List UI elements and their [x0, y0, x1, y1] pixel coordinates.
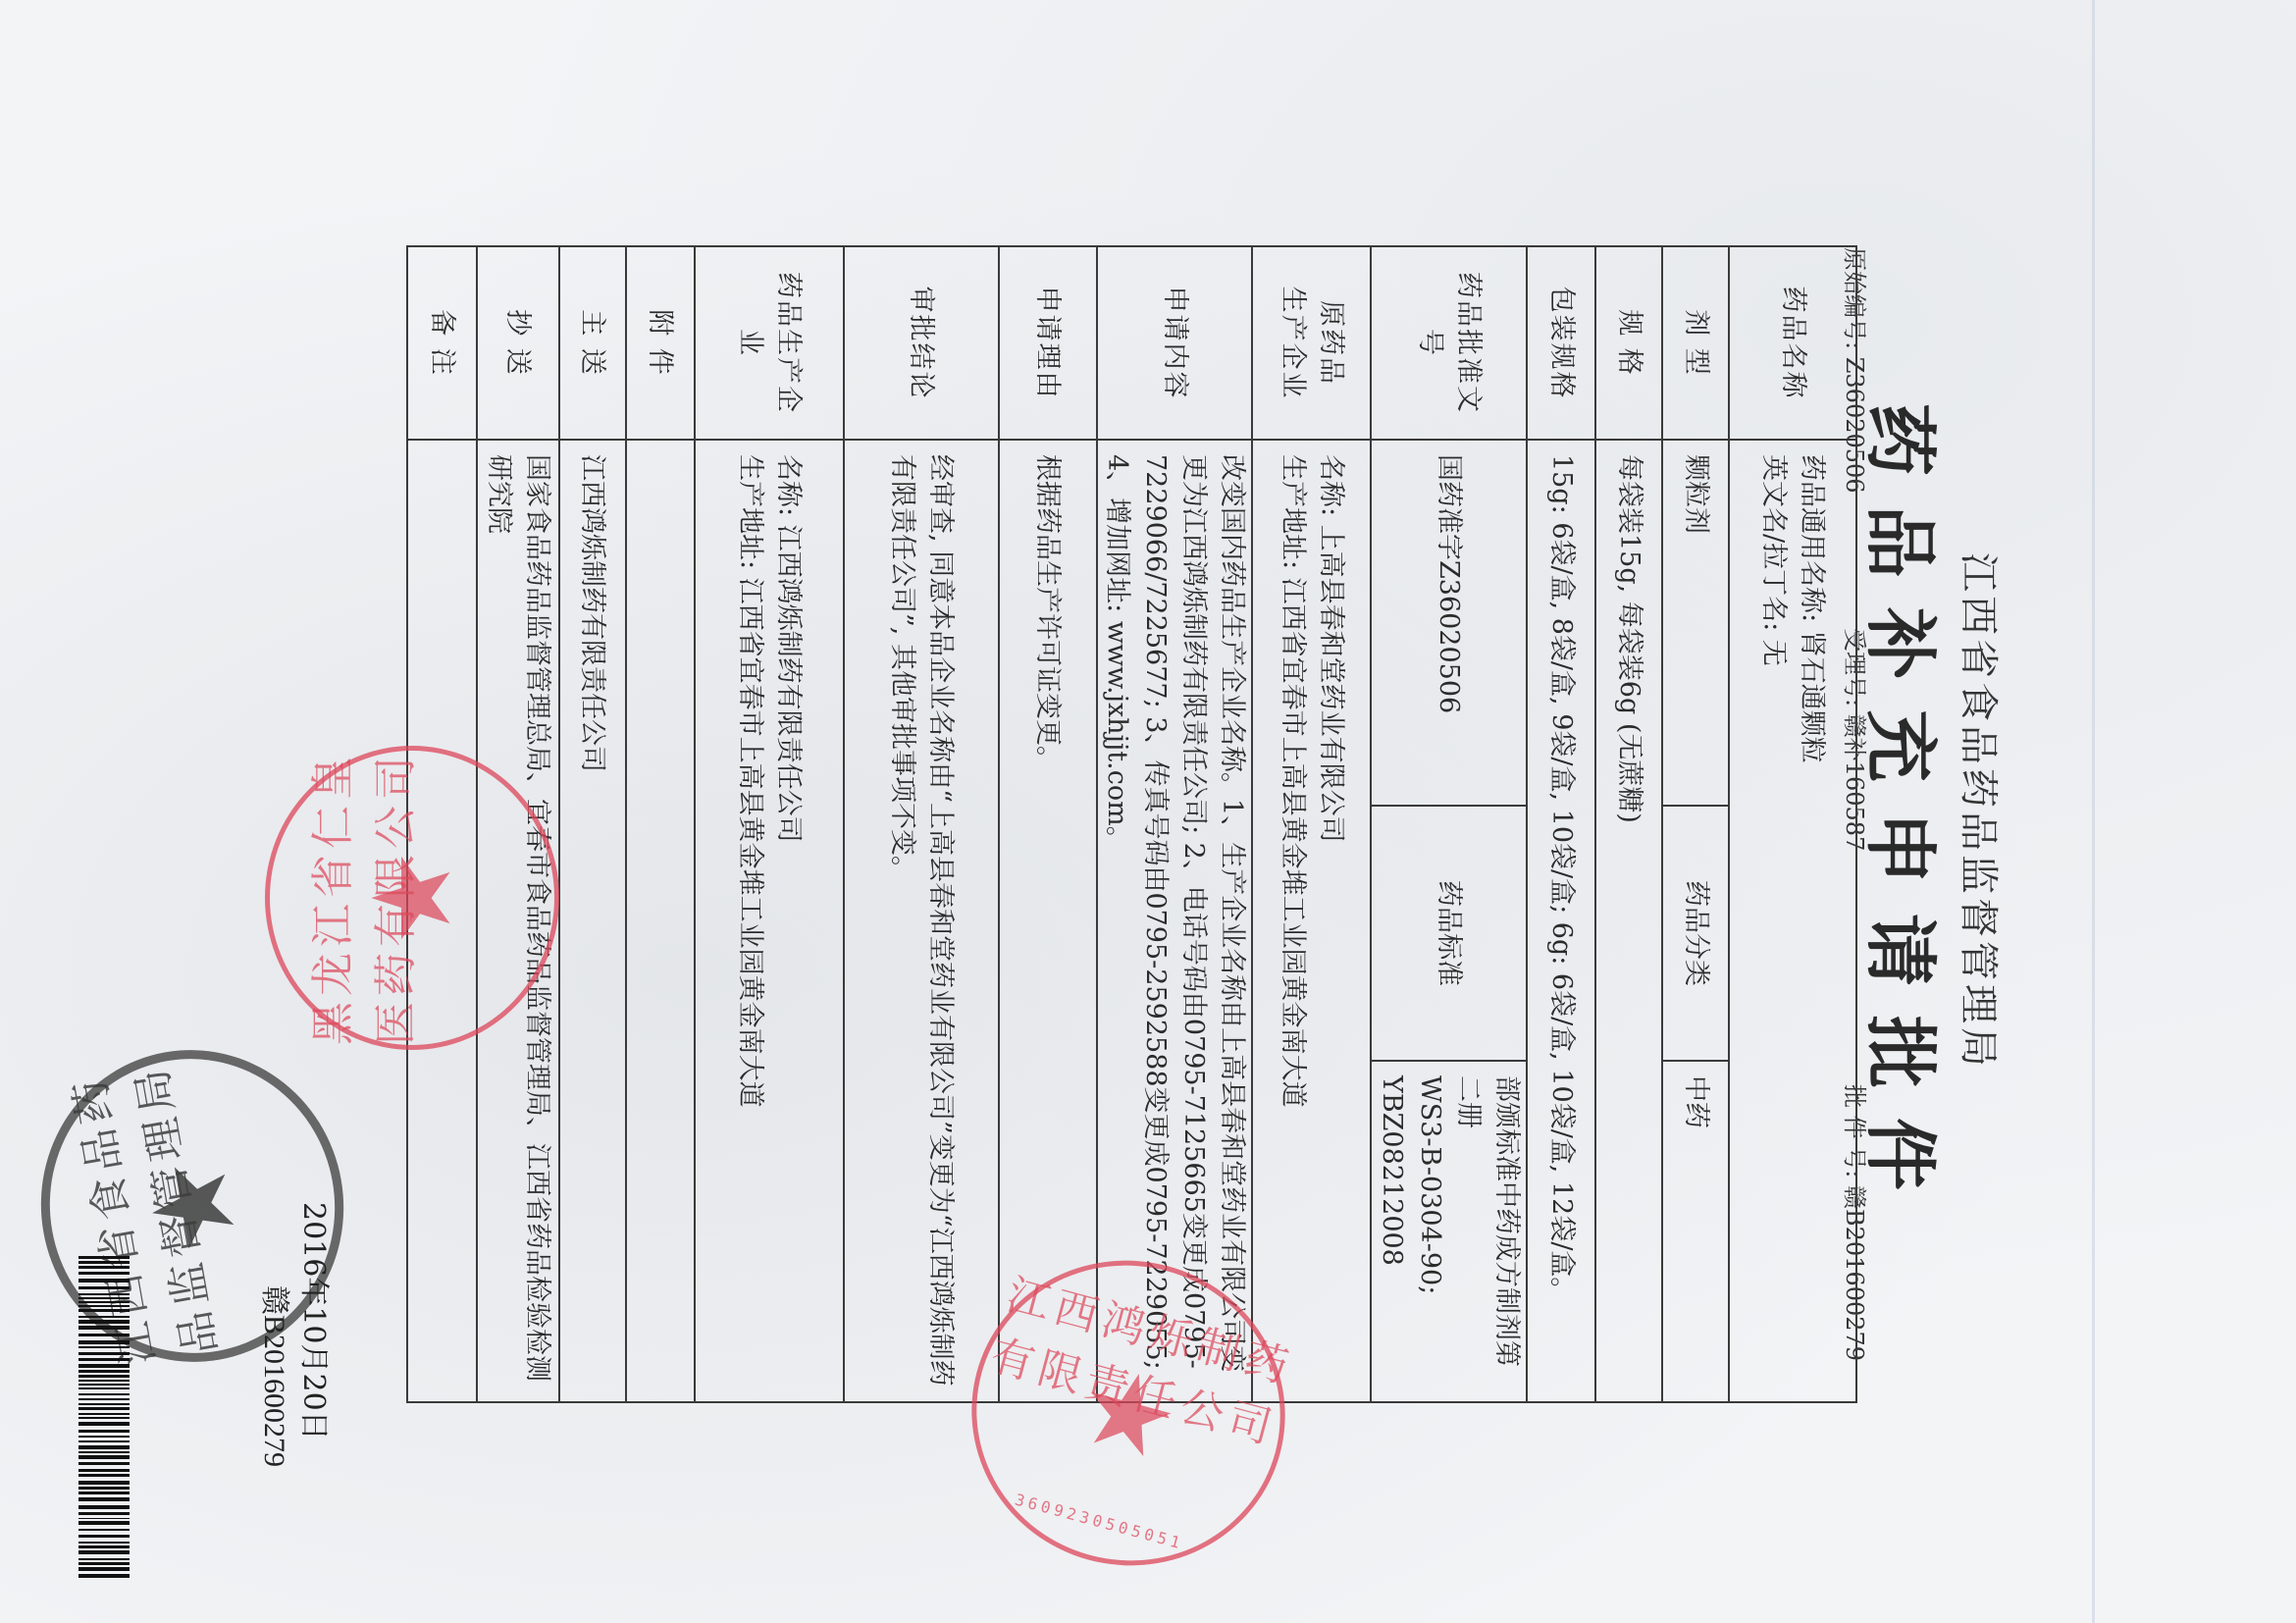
label-cc: 抄 送: [477, 246, 559, 440]
barcode-bar: [78, 1545, 130, 1549]
value-application-content: 改变国内药品生产企业名称。1、生产企业名称由上高县春和堂药业有限公司变更为江西鸿…: [1097, 440, 1253, 1402]
standard-line-2: WS3-B-0304-90; YBZ08212008: [1372, 1075, 1448, 1387]
barcode-bar: [78, 1440, 130, 1442]
barcode-bar: [78, 1398, 130, 1400]
issue-date: 2016年10月20日: [295, 1202, 339, 1440]
barcode-bar: [78, 1436, 130, 1438]
barcode-bar: [78, 1562, 130, 1566]
barcode-bar: [78, 1567, 130, 1571]
barcode-bar: [78, 1320, 130, 1324]
value-main-recipient: 江西鸿烁制药有限责任公司: [559, 440, 626, 1402]
row-manufacturer: 药品生产企业 名称: 江西鸿烁制药有限责任公司 生产地址: 江西省宜春市上高县黄…: [695, 246, 844, 1402]
label-remarks: 备 注: [407, 246, 477, 440]
row-drug-name: 药品名称 药品通用名称: 肾石通颗粒 英文名/拉丁名: 无: [1729, 246, 1856, 1402]
barcode-bar: [78, 1487, 130, 1490]
label-drug-category: 药品分类: [1662, 806, 1729, 1061]
barcode-bar: [78, 1272, 130, 1275]
barcode-bar: [78, 1309, 130, 1312]
barcode-bar: [78, 1266, 130, 1270]
barcode-bar: [78, 1505, 130, 1509]
value-drug-name: 药品通用名称: 肾石通颗粒 英文名/拉丁名: 无: [1729, 440, 1856, 1402]
label-specification: 规 格: [1595, 246, 1662, 440]
barcode-bar: [78, 1535, 130, 1538]
barcode-bar: [78, 1512, 130, 1515]
value-attachment: [626, 440, 695, 1402]
agency-name: 江西省食品药品监督管理局: [1954, 0, 2009, 1623]
barcode-bar: [78, 1393, 130, 1395]
row-original-manufacturer: 原药品 生产企业 名称: 上高县春和堂药业有限公司 生产地址: 江西省宜春市上高…: [1252, 246, 1371, 1402]
row-approval-doc: 药品批准文号 国药准字Z36020506 药品标准 部颁标准中药成方制剂第二册 …: [1371, 246, 1527, 1402]
original-manufacturer-address: 生产地址: 江西省宜春市上高县黄金堆工业园黄金南大道: [1274, 454, 1312, 1387]
barcode-bar: [78, 1451, 130, 1454]
original-manufacturer-name: 名称: 上高县春和堂药业有限公司: [1312, 454, 1350, 1387]
label-original-manufacturer: 原药品 生产企业: [1252, 246, 1371, 440]
approval-document: 江西省食品药品监督管理局 药品补充申请批件 原始编号: Z36020506 受理…: [0, 0, 2296, 1623]
barcode-bar: [78, 1346, 130, 1348]
barcode-bar: [78, 1286, 130, 1290]
barcode-bar: [78, 1301, 130, 1303]
barcode-bar: [78, 1334, 130, 1337]
barcode-bar: [78, 1316, 130, 1319]
generic-name: 药品通用名称: 肾石通颗粒: [1793, 454, 1831, 1387]
label-drug-name: 药品名称: [1729, 246, 1856, 440]
label-drug-standard: 药品标准: [1371, 806, 1527, 1061]
barcode-bar: [78, 1326, 130, 1330]
barcode-bar: [78, 1521, 130, 1525]
barcode-bar: [78, 1469, 130, 1472]
barcode-bar: [78, 1293, 130, 1295]
barcode-bar: [78, 1384, 130, 1386]
approval-form-table: 药品名称 药品通用名称: 肾石通颗粒 英文名/拉丁名: 无 剂 型 颗粒剂 药品…: [406, 245, 1857, 1403]
value-drug-standard: 部颁标准中药成方制剂第二册 WS3-B-0304-90; YBZ08212008: [1371, 1061, 1527, 1402]
label-line-1: 原药品: [1312, 261, 1350, 425]
barcode-bar: [78, 1542, 130, 1544]
barcode-bar: [78, 1492, 130, 1495]
value-conclusion: 经审查, 同意本品企业名称由“上高县春和堂药业有限公司”变更为“江西鸿烁制药有限…: [844, 440, 999, 1402]
label-main-recipient: 主 送: [559, 246, 626, 440]
barcode-number: 赣B201600279: [256, 1285, 299, 1467]
label-manufacturer: 药品生产企业: [695, 246, 844, 440]
manufacturer-name: 名称: 江西鸿烁制药有限责任公司: [769, 454, 808, 1387]
barcode-bar: [78, 1413, 130, 1415]
barcode-bar: [78, 1387, 130, 1389]
barcode-bar: [78, 1370, 130, 1373]
barcode-bar: [78, 1305, 130, 1307]
row-dosage-form: 剂 型 颗粒剂 药品分类 中药: [1662, 246, 1729, 1402]
barcode-bar: [78, 1380, 130, 1382]
barcode-bar: [78, 1474, 130, 1478]
row-attachment: 附 件: [626, 246, 695, 1402]
barcode-bar: [78, 1455, 130, 1459]
value-packaging: 15g: 6袋/盒, 8袋/盒, 9袋/盒, 10袋/盒; 6g: 6袋/盒, …: [1527, 440, 1595, 1402]
company-seal-red-top: 黑龙江省仁皇医药有限公司 ★: [265, 746, 559, 1050]
barcode: [78, 1256, 130, 1580]
barcode-bar: [78, 1403, 130, 1405]
value-drug-category: 中药: [1662, 1061, 1729, 1402]
barcode-bar: [78, 1417, 130, 1419]
row-conclusion: 审批结论 经审查, 同意本品企业名称由“上高县春和堂药业有限公司”变更为“江西鸿…: [844, 246, 999, 1402]
label-application-reason: 申请理由: [999, 246, 1097, 440]
barcode-bar: [78, 1529, 130, 1531]
barcode-bar: [78, 1462, 130, 1465]
row-packaging: 包装规格 15g: 6袋/盒, 8袋/盒, 9袋/盒, 10袋/盒; 6g: 6…: [1527, 246, 1595, 1402]
barcode-bar: [78, 1558, 130, 1560]
barcode-bar: [78, 1430, 130, 1434]
english-name: 英文名/拉丁名: 无: [1754, 454, 1793, 1387]
barcode-bar: [78, 1481, 130, 1485]
barcode-bar: [78, 1279, 130, 1283]
barcode-bar: [78, 1574, 130, 1578]
barcode-bar: [78, 1340, 130, 1344]
barcode-bar: [78, 1497, 130, 1501]
seal-code: 3609230505051: [950, 1473, 1248, 1570]
label-approval-doc: 药品批准文号: [1371, 246, 1527, 440]
row-specification: 规 格 每袋装15g, 每袋装6g (无蔗糖): [1595, 246, 1662, 1402]
barcode-bar: [78, 1358, 130, 1362]
label-attachment: 附 件: [626, 246, 695, 440]
barcode-bar: [78, 1256, 130, 1259]
label-packaging: 包装规格: [1527, 246, 1595, 440]
standard-line-1: 部颁标准中药成方制剂第二册: [1449, 1075, 1526, 1387]
row-application-reason: 申请理由 根据药品生产许可证变更。: [999, 246, 1097, 1402]
row-application-content: 申请内容 改变国内药品生产企业名称。1、生产企业名称由上高县春和堂药业有限公司变…: [1097, 246, 1253, 1402]
barcode-bar: [78, 1445, 130, 1449]
row-main-recipient: 主 送 江西鸿烁制药有限责任公司: [559, 246, 626, 1402]
value-specification: 每袋装15g, 每袋装6g (无蔗糖): [1595, 440, 1662, 1402]
value-original-manufacturer: 名称: 上高县春和堂药业有限公司 生产地址: 江西省宜春市上高县黄金堆工业园黄金…: [1252, 440, 1371, 1402]
value-dosage-form: 颗粒剂: [1662, 440, 1729, 806]
manufacturer-address: 生产地址: 江西省宜春市上高县黄金堆工业园黄金南大道: [731, 454, 769, 1387]
barcode-bar: [78, 1375, 130, 1379]
barcode-bar: [78, 1407, 130, 1411]
barcode-bar: [78, 1550, 130, 1554]
barcode-bar: [78, 1261, 130, 1264]
barcode-bar: [78, 1364, 130, 1368]
barcode-bar: [78, 1352, 130, 1355]
barcode-bar: [78, 1422, 130, 1426]
value-approval-doc: 国药准字Z36020506: [1371, 440, 1527, 806]
label-conclusion: 审批结论: [844, 246, 999, 440]
value-manufacturer: 名称: 江西鸿烁制药有限责任公司 生产地址: 江西省宜春市上高县黄金堆工业园黄金…: [695, 440, 844, 1402]
star-icon: ★: [358, 850, 466, 947]
label-line-2: 生产企业: [1274, 261, 1312, 425]
barcode-bar: [78, 1518, 130, 1520]
barcode-bar: [78, 1297, 130, 1299]
star-icon: ★: [130, 1149, 253, 1263]
label-application-content: 申请内容: [1097, 246, 1253, 440]
label-dosage-form: 剂 型: [1662, 246, 1729, 440]
